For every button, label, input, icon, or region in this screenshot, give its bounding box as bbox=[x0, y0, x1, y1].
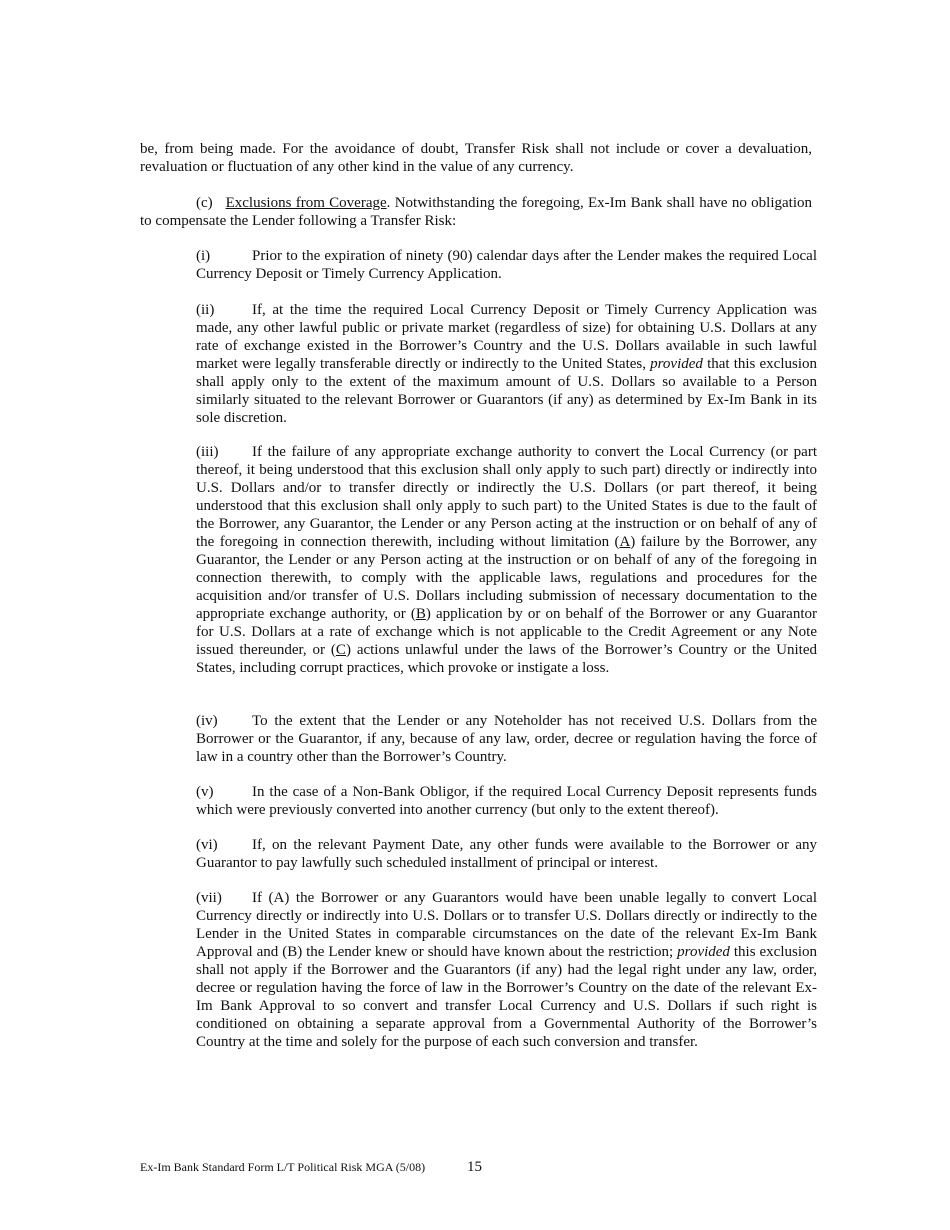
intro-paragraph: be, from being made. For the avoidance o… bbox=[140, 140, 812, 176]
item-number: (iii) bbox=[196, 443, 252, 461]
section-label: (c) bbox=[196, 195, 213, 211]
section-c-paragraph: (c) Exclusions from Coverage. Notwithsta… bbox=[140, 194, 812, 230]
exclusion-item-vi: (vi)If, on the relevant Payment Date, an… bbox=[196, 836, 817, 872]
document-page: be, from being made. For the avoidance o… bbox=[0, 0, 950, 1230]
clause-c: C bbox=[336, 642, 346, 658]
exclusion-item-vii: (vii)If (A) the Borrower or any Guaranto… bbox=[196, 889, 817, 1051]
item-number: (vi) bbox=[196, 836, 252, 854]
item-number: (v) bbox=[196, 783, 252, 801]
exclusion-item-iv: (iv)To the extent that the Lender or any… bbox=[196, 712, 817, 766]
item-number: (iv) bbox=[196, 712, 252, 730]
item-number: (ii) bbox=[196, 301, 252, 319]
item-text: In the case of a Non-Bank Obligor, if th… bbox=[196, 784, 817, 818]
item-text: Prior to the expiration of ninety (90) c… bbox=[196, 248, 817, 282]
italic-term: provided bbox=[650, 356, 703, 372]
item-number: (i) bbox=[196, 247, 252, 265]
item-number: (vii) bbox=[196, 889, 252, 907]
exclusion-item-ii: (ii)If, at the time the required Local C… bbox=[196, 301, 817, 427]
exclusion-item-i: (i)Prior to the expiration of ninety (90… bbox=[196, 247, 817, 283]
clause-b: B bbox=[416, 606, 426, 622]
item-text: If, on the relevant Payment Date, any ot… bbox=[196, 837, 817, 871]
clause-a: A bbox=[619, 534, 630, 550]
page-number: 15 bbox=[467, 1158, 482, 1176]
exclusion-item-v: (v)In the case of a Non-Bank Obligor, if… bbox=[196, 783, 817, 819]
footer-form-name: Ex-Im Bank Standard Form L/T Political R… bbox=[140, 1158, 425, 1176]
section-heading: Exclusions from Coverage bbox=[226, 195, 387, 211]
exclusion-item-iii: (iii)If the failure of any appropriate e… bbox=[196, 443, 817, 677]
item-text: To the extent that the Lender or any Not… bbox=[196, 713, 817, 765]
italic-term: provided bbox=[677, 944, 730, 960]
